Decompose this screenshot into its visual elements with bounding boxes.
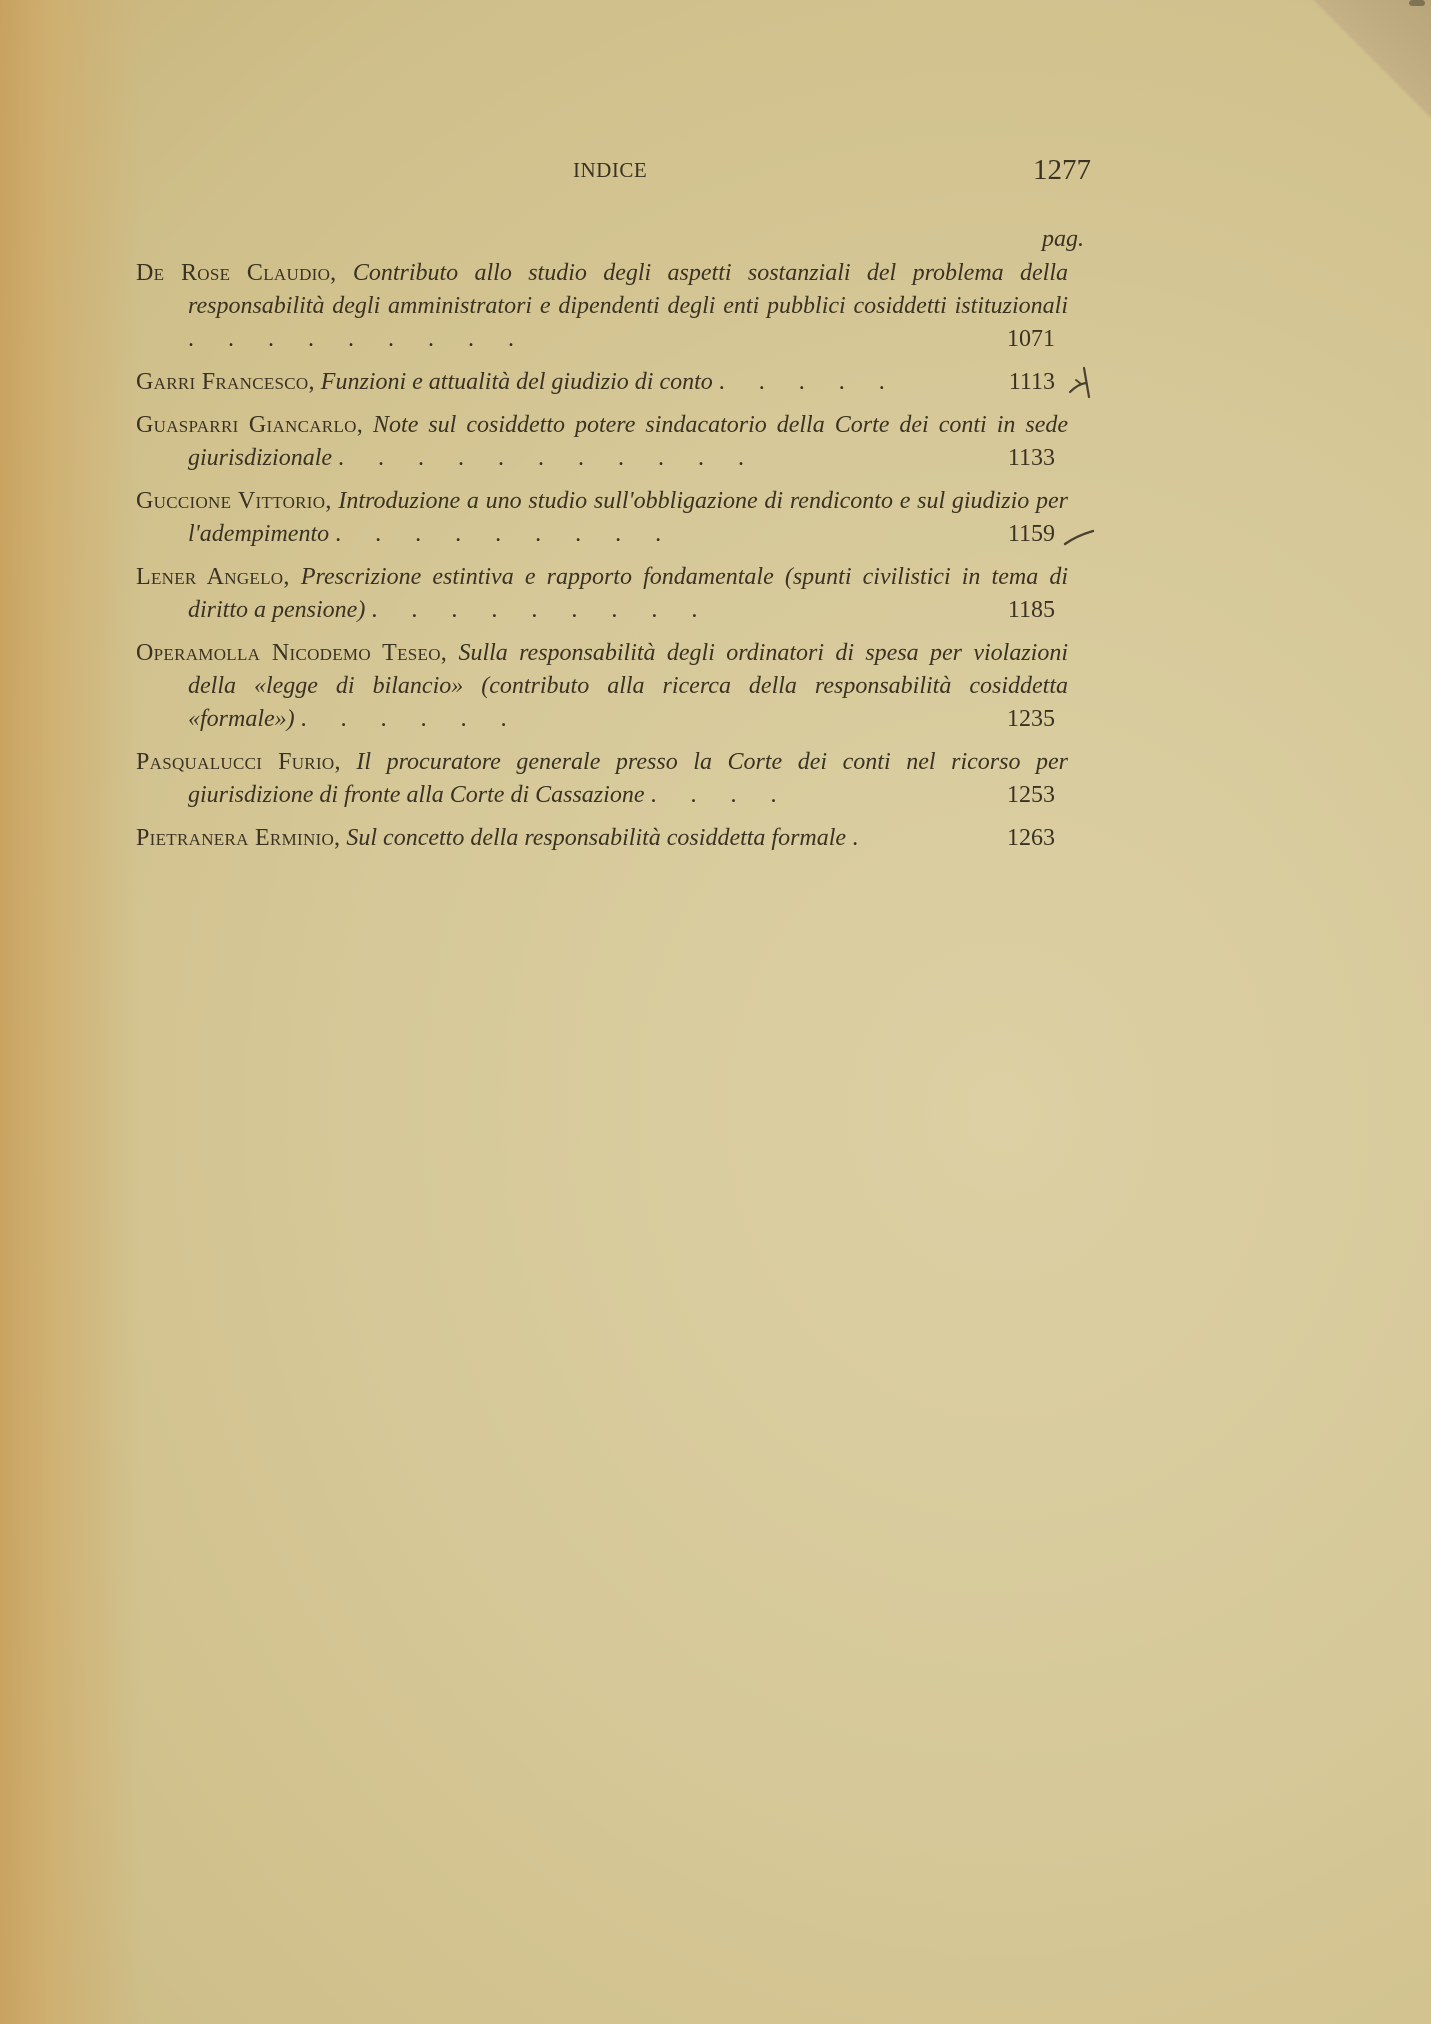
entry-author: Operamolla Nicodemo Teseo, [136, 640, 447, 666]
dot-leaders: . . . . . . [301, 706, 521, 732]
dot-leaders: . . . . . . . . . [335, 521, 675, 547]
entry-page-number: 1253 [1007, 779, 1055, 812]
dot-leaders: . . . . . [719, 369, 899, 395]
pencil-tick-mark-icon [1062, 518, 1096, 551]
dot-leaders: . . . . . . . . . [371, 597, 711, 623]
running-head: INDICE 1277 [0, 158, 1431, 188]
toc-entry: Garri Francesco, Funzioni e attualità de… [136, 366, 1096, 399]
dot-leaders: . . . . . . . . . . . [338, 445, 758, 471]
entry-title: Funzioni e attualità del giudizio di con… [321, 369, 713, 395]
entry-author: Lener Angelo, [136, 564, 290, 590]
book-page: INDICE 1277 pag. De Rose Claudio, Contri… [0, 0, 1431, 2024]
entry-author: De Rose Claudio, [136, 260, 336, 286]
page-number: 1277 [1033, 154, 1091, 187]
entry-author: Guccione Vittorio, [136, 488, 332, 514]
entry-page-number: 1263 [1007, 822, 1055, 855]
page-corner-fold [1311, 0, 1431, 120]
entry-author: Pasqualucci Furio, [136, 749, 341, 775]
entry-page-number: 1185 [1008, 594, 1055, 627]
entry-page-number: 1071 [1007, 323, 1055, 356]
corner-shadow [1409, 0, 1425, 6]
entry-title: Sul concetto della responsabilità cosidd… [346, 825, 846, 851]
entry-page-number: 1235 [1007, 703, 1055, 736]
running-title: INDICE [573, 158, 647, 183]
toc-entry: Lener Angelo, Prescrizione estintiva e r… [136, 561, 1096, 627]
toc-entry: Operamolla Nicodemo Teseo, Sulla respons… [136, 637, 1096, 736]
entry-author: Pietranera Erminio, [136, 825, 340, 851]
entry-author: Guasparri Giancarlo, [136, 412, 363, 438]
table-of-contents: De Rose Claudio, Contributo allo studio … [136, 257, 1096, 865]
entry-author: Garri Francesco, [136, 369, 315, 395]
page-column-label: pag. [1042, 226, 1084, 253]
dot-leaders: . . . . . . . . . [188, 326, 528, 352]
pencil-x-mark-icon [1062, 366, 1096, 399]
toc-entry: De Rose Claudio, Contributo allo studio … [136, 257, 1096, 356]
toc-entry: Pasqualucci Furio, Il procuratore genera… [136, 746, 1096, 812]
toc-entry: Guasparri Giancarlo, Note sul cosiddetto… [136, 409, 1096, 475]
dot-leaders: . . . . [650, 782, 790, 808]
entry-page-number: 1113 [1009, 366, 1055, 399]
toc-entry: Pietranera Erminio, Sul concetto della r… [136, 822, 1096, 855]
dot-leaders: . [852, 825, 872, 851]
toc-entry: Guccione Vittorio, Introduzione a uno st… [136, 485, 1096, 551]
entry-page-number: 1133 [1008, 442, 1055, 475]
entry-page-number: 1159 [1008, 518, 1055, 551]
